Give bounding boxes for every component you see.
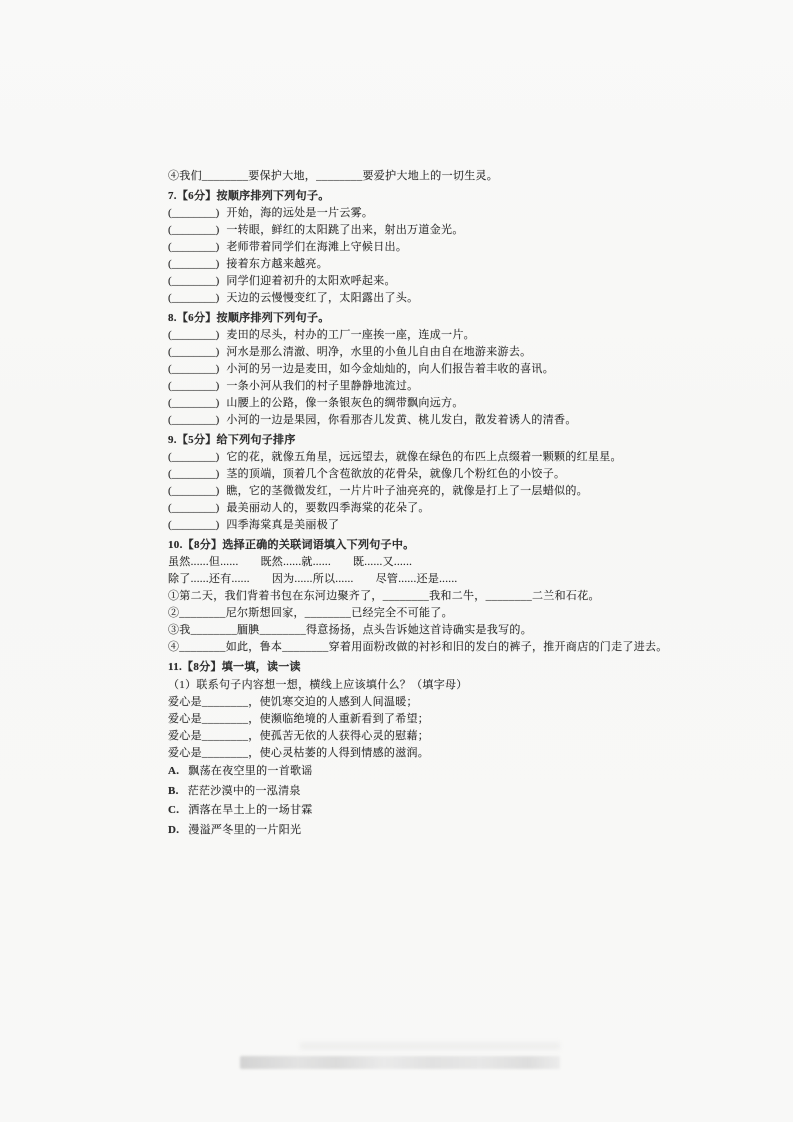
conjunction-pair: 既......又...... <box>353 554 412 571</box>
q8-item-4-text: 一条小河从我们的村子里静静地流过。 <box>226 380 418 392</box>
q8-heading: 8.【6分】按顺序排列下列句子。 <box>168 310 650 327</box>
exam-content: ④我们________要保护大地，________要爱护大地上的一切生灵。 7.… <box>168 168 650 840</box>
q7-item-2-text: 一转眼，鲜红的太阳跳了出来，射出万道金光。 <box>226 224 463 236</box>
q10-item-1: ①第二天，我们背着书包在东河边聚齐了，________我和二牛，________… <box>168 588 650 605</box>
q9-heading: 9.【5分】给下列句子排序 <box>168 432 650 449</box>
option-label: B. <box>168 785 179 797</box>
q8-item-1-text: 麦田的尽头，村办的工厂一座挨一座，连成一片。 <box>226 329 475 341</box>
conjunction-pair: 既然......就...... <box>261 554 332 571</box>
conjunction-pair: 虽然......但...... <box>168 554 239 571</box>
q10-conjunction-row-2: 除了......还有...... 因为......所以...... 尽管....… <box>168 571 650 588</box>
conjunction-pair: 尽管......还是...... <box>376 571 458 588</box>
sequence-blank: (________) <box>168 275 219 287</box>
q11-heading: 11.【8分】填一填，读一读 <box>168 659 650 676</box>
q10-item-2: ②________尼尔斯想回家，________已经完全不可能了。 <box>168 605 650 622</box>
q7-item-5-text: 同学们迎着初升的太阳欢呼起来。 <box>226 275 396 287</box>
q9-item-2-text: 茎的顶端，顶着几个含苞欲放的花骨朵，就像几个粉红色的小饺子。 <box>226 468 565 480</box>
q7-item-4-text: 接着东方越来越亮。 <box>226 258 328 270</box>
sequence-blank: (________) <box>168 451 219 463</box>
sequence-blank: (________) <box>168 485 219 497</box>
q9-item-1: (________)它的花，就像五角星，远远望去，就像在绿色的布匹上点缀着一颗颗… <box>168 449 650 466</box>
q7-item-3-text: 老师带着同学们在海滩上守候日出。 <box>226 241 407 253</box>
q10-conjunction-row-1: 虽然......但...... 既然......就...... 既......又… <box>168 554 650 571</box>
q6-item-4: ④我们________要保护大地，________要爱护大地上的一切生灵。 <box>168 168 650 185</box>
sequence-blank: (________) <box>168 224 219 236</box>
option-label: A. <box>168 765 179 777</box>
q9-item-1-text: 它的花，就像五角星，远远望去，就像在绿色的布匹上点缀着一颗颗的红星星。 <box>226 451 622 463</box>
q8-item-6: (________)小河的一边是果园，你看那杏儿发黄、桃儿发白，散发着诱人的清香… <box>168 412 650 429</box>
option-label: C. <box>168 804 179 816</box>
q7-item-4: (________)接着东方越来越亮。 <box>168 256 650 273</box>
option-text: 飘荡在夜空里的一首歌谣 <box>188 765 312 777</box>
q11-option-a: A.飘荡在夜空里的一首歌谣 <box>168 762 650 782</box>
q9-item-3-text: 瞧，它的茎微微发红，一片片叶子油亮亮的，就像是打上了一层蜡似的。 <box>226 485 588 497</box>
q7-item-3: (________)老师带着同学们在海滩上守候日出。 <box>168 239 650 256</box>
option-text: 洒落在旱土上的一场甘霖 <box>188 804 312 816</box>
q7-item-6-text: 天边的云慢慢变红了，太阳露出了头。 <box>226 292 418 304</box>
q8-item-4: (________)一条小河从我们的村子里静静地流过。 <box>168 378 650 395</box>
option-text: 漫溢严冬里的一片阳光 <box>188 824 301 836</box>
q11-option-c: C.洒落在旱土上的一场甘霖 <box>168 801 650 821</box>
sequence-blank: (________) <box>168 363 219 375</box>
sequence-blank: (________) <box>168 292 219 304</box>
q8-item-2: (________)河水是那么清澈、明净，水里的小鱼儿自由自在地游来游去。 <box>168 344 650 361</box>
q8-item-5-text: 山腰上的公路，像一条银灰色的绸带飘向远方。 <box>226 397 463 409</box>
q8-item-1: (________)麦田的尽头，村办的工厂一座挨一座，连成一片。 <box>168 327 650 344</box>
sequence-blank: (________) <box>168 502 219 514</box>
scan-smear-artifact <box>300 1042 560 1050</box>
sequence-blank: (________) <box>168 519 219 531</box>
q8-item-5: (________)山腰上的公路，像一条银灰色的绸带飘向远方。 <box>168 395 650 412</box>
q7-heading: 7.【6分】按顺序排列下列句子。 <box>168 188 650 205</box>
q11-option-d: D.漫溢严冬里的一片阳光 <box>168 821 650 841</box>
scanned-exam-page: ④我们________要保护大地，________要爱护大地上的一切生灵。 7.… <box>0 0 793 1122</box>
q7-item-1: (________)开始，海的远处是一片云雾。 <box>168 205 650 222</box>
q9-item-3: (________)瞧，它的茎微微发红，一片片叶子油亮亮的，就像是打上了一层蜡似… <box>168 483 650 500</box>
conjunction-pair: 除了......还有...... <box>168 571 250 588</box>
sequence-blank: (________) <box>168 346 219 358</box>
sequence-blank: (________) <box>168 241 219 253</box>
conjunction-pair: 因为......所以...... <box>272 571 354 588</box>
q8-item-3: (________)小河的另一边是麦田，如今金灿灿的，向人们报告着丰收的喜讯。 <box>168 361 650 378</box>
q10-heading: 10.【8分】选择正确的关联词语填入下列句子中。 <box>168 537 650 554</box>
q8-item-3-text: 小河的另一边是麦田，如今金灿灿的，向人们报告着丰收的喜讯。 <box>226 363 554 375</box>
q11-sub-instruction: （1）联系句子内容想一想，横线上应该填什么？（填字母） <box>168 677 650 694</box>
q9-item-4: (________)最美丽动人的，要数四季海棠的花朵了。 <box>168 500 650 517</box>
sequence-blank: (________) <box>168 329 219 341</box>
sequence-blank: (________) <box>168 207 219 219</box>
q7-item-2: (________)一转眼，鲜红的太阳跳了出来，射出万道金光。 <box>168 222 650 239</box>
q9-item-5-text: 四季海棠真是美丽极了 <box>226 519 339 531</box>
q8-item-2-text: 河水是那么清澈、明净，水里的小鱼儿自由自在地游来游去。 <box>226 346 531 358</box>
q9-item-5: (________)四季海棠真是美丽极了 <box>168 517 650 534</box>
q11-blank-line-3: 爱心是________，使孤苦无依的人获得心灵的慰藉； <box>168 728 650 745</box>
q9-item-4-text: 最美丽动人的，要数四季海棠的花朵了。 <box>226 502 429 514</box>
sequence-blank: (________) <box>168 468 219 480</box>
q11-blank-line-1: 爱心是________，使饥寒交迫的人感到人间温暖； <box>168 694 650 711</box>
sequence-blank: (________) <box>168 380 219 392</box>
q9-item-2: (________)茎的顶端，顶着几个含苞欲放的花骨朵，就像几个粉红色的小饺子。 <box>168 466 650 483</box>
option-label: D. <box>168 824 179 836</box>
q11-blank-line-4: 爱心是________，使心灵枯萎的人得到情感的滋润。 <box>168 745 650 762</box>
q8-item-6-text: 小河的一边是果园，你看那杏儿发黄、桃儿发白，散发着诱人的清香。 <box>226 414 576 426</box>
q11-blank-line-2: 爱心是________，使濒临绝境的人重新看到了希望； <box>168 711 650 728</box>
q11-option-b: B.茫茫沙漠中的一泓清泉 <box>168 782 650 802</box>
q7-item-5: (________)同学们迎着初升的太阳欢呼起来。 <box>168 273 650 290</box>
q10-item-3: ③我________腼腆________得意扬扬，点头告诉她这首诗确实是我写的。 <box>168 622 650 639</box>
q7-item-6: (________)天边的云慢慢变红了，太阳露出了头。 <box>168 290 650 307</box>
q7-item-1-text: 开始，海的远处是一片云雾。 <box>226 207 373 219</box>
sequence-blank: (________) <box>168 397 219 409</box>
sequence-blank: (________) <box>168 414 219 426</box>
option-text: 茫茫沙漠中的一泓清泉 <box>188 785 301 797</box>
scan-gray-bar-artifact <box>240 1056 560 1069</box>
sequence-blank: (________) <box>168 258 219 270</box>
q10-item-4: ④________如此，鲁本________穿着用面粉改做的衬衫和旧的发白的裤子… <box>168 639 650 656</box>
